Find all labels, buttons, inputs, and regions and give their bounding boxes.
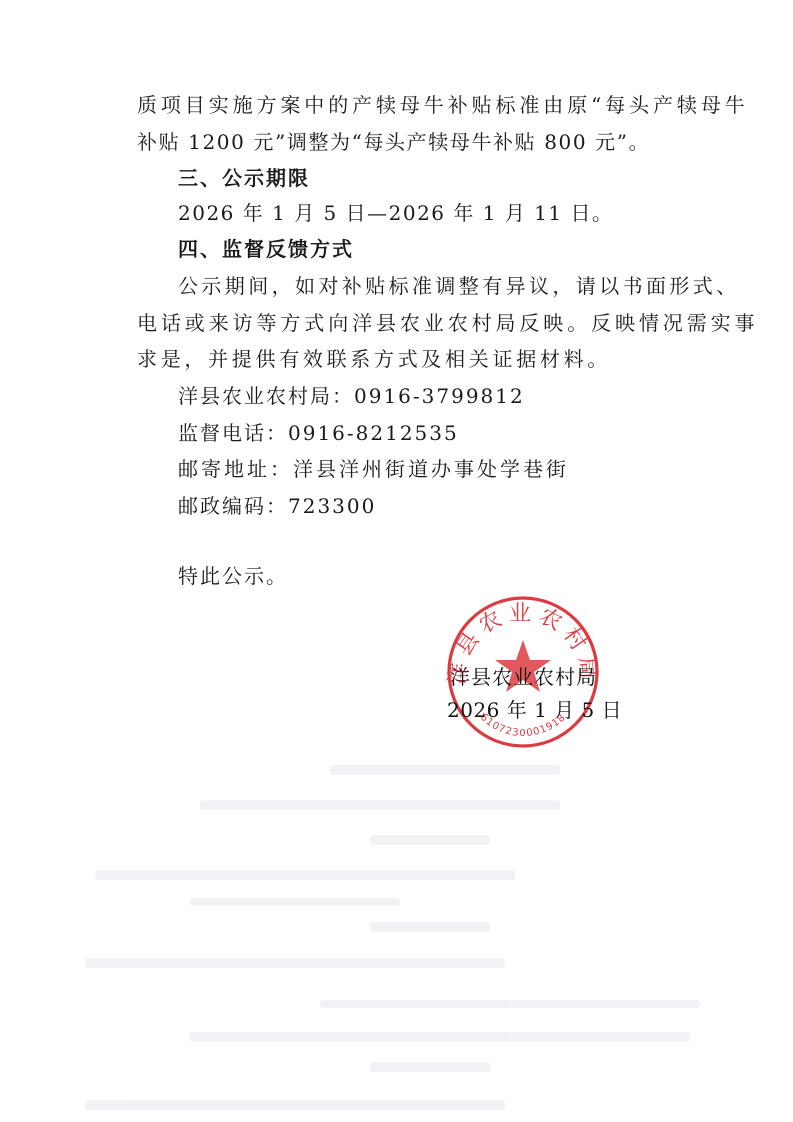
closing-text: 特此公示。 — [178, 564, 288, 588]
contact-postal-code: 邮政编码：723300 — [178, 494, 376, 518]
contact-bureau-phone: 洋县农业农村局：0916-3799812 — [178, 384, 525, 408]
contact-value: 洋县洋州街道办事处学巷街 — [293, 457, 569, 481]
section-heading-period: 三、公示期限 — [178, 166, 310, 190]
paragraph-line: 公示期间，如对补贴标准调整有异议，请以书面形式、 — [178, 274, 740, 298]
contact-value: 723300 — [288, 494, 376, 518]
contact-value: 0916-8212535 — [288, 421, 459, 445]
contact-supervision-phone: 监督电话：0916-8212535 — [178, 421, 459, 445]
paragraph-line: 电话或来访等方式向洋县农业农村局反映。反映情况需实事 — [137, 311, 758, 335]
paragraph-line: 补贴 1200 元”调整为“每头产犊母牛补贴 800 元”。 — [137, 130, 650, 154]
contact-label: 邮寄地址： — [178, 457, 293, 481]
signature-organization: 洋县农业农村局 — [450, 665, 597, 689]
contact-label: 洋县农业农村局： — [178, 384, 354, 408]
publicity-period-text: 2026 年 1 月 5 日—2026 年 1 月 11 日。 — [178, 201, 614, 225]
contact-mailing-address: 邮寄地址：洋县洋州街道办事处学巷街 — [178, 457, 569, 481]
document-page: 质项目实施方案中的产犊母牛补贴标准由原“每头产犊母牛 补贴 1200 元”调整为… — [0, 0, 793, 1122]
contact-label: 邮政编码： — [178, 494, 288, 518]
contact-label: 监督电话： — [178, 421, 288, 445]
paragraph-line: 质项目实施方案中的产犊母牛补贴标准由原“每头产犊母牛 — [137, 93, 749, 117]
contact-value: 0916-3799812 — [354, 384, 525, 408]
paragraph-line: 求是，并提供有效联系方式及相关证据材料。 — [137, 347, 611, 371]
bleed-through-texture — [0, 0, 793, 1122]
section-heading-feedback: 四、监督反馈方式 — [178, 237, 354, 261]
signature-date: 2026 年 1 月 5 日 — [447, 698, 622, 722]
